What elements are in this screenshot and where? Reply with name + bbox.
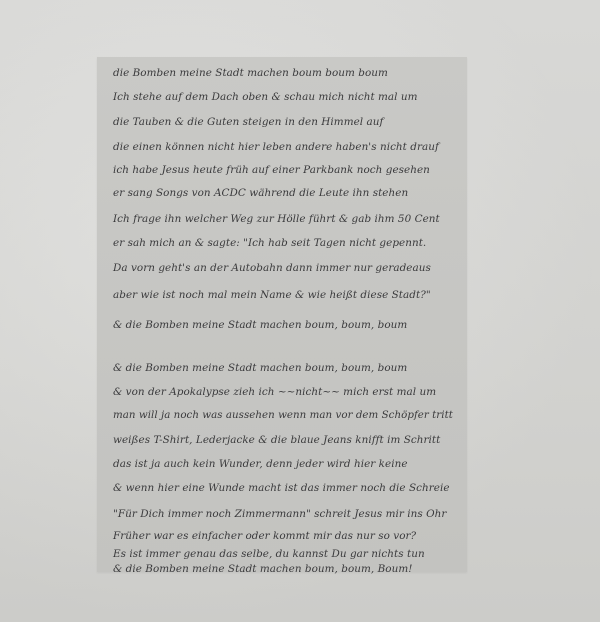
letter-line-5: ich habe Jesus heute früh auf einer Park… [113, 164, 430, 176]
letter-line-2: Ich stehe auf dem Dach oben & schau mich… [113, 91, 418, 103]
letter-line-11: & die Bomben meine Stadt machen boum, bo… [113, 319, 407, 331]
letter-line-14: man will ja noch was aussehen wenn man v… [113, 409, 453, 421]
letter-line-10: aber wie ist noch mal mein Name & wie he… [113, 289, 431, 301]
letter-line-8: er sah mich an & sagte: "Ich hab seit Ta… [113, 237, 426, 249]
letter-line-1: die Bomben meine Stadt machen boum boum … [113, 67, 388, 79]
letter-line-7: Ich frage ihn welcher Weg zur Hölle führ… [113, 213, 440, 225]
letter-line-19: Früher war es einfacher oder kommt mir d… [113, 530, 416, 542]
letter-line-4: die einen können nicht hier leben andere… [113, 141, 439, 153]
letter-line-15: weißes T-Shirt, Lederjacke & die blaue J… [113, 434, 440, 446]
letter-line-21: & die Bomben meine Stadt machen boum, bo… [113, 563, 413, 575]
letter-line-13: & von der Apokalypse zieh ich ~~nicht~~ … [113, 386, 436, 398]
letter-line-12: & die Bomben meine Stadt machen boum, bo… [113, 362, 407, 374]
letter-line-20: Es ist immer genau das selbe, du kannst … [113, 548, 425, 560]
letter-line-18: "Für Dich immer noch Zimmermann" schreit… [113, 508, 446, 520]
letter-line-6: er sang Songs von ACDC während die Leute… [113, 187, 408, 199]
letter-line-3: die Tauben & die Guten steigen in den Hi… [113, 116, 383, 128]
letter-line-16: das ist ja auch kein Wunder, denn jeder … [113, 458, 408, 470]
handwritten-letter-paper: die Bomben meine Stadt machen boum boum … [97, 57, 467, 572]
letter-line-17: & wenn hier eine Wunde macht ist das imm… [113, 482, 450, 494]
letter-line-9: Da vorn geht's an der Autobahn dann imme… [113, 262, 431, 274]
